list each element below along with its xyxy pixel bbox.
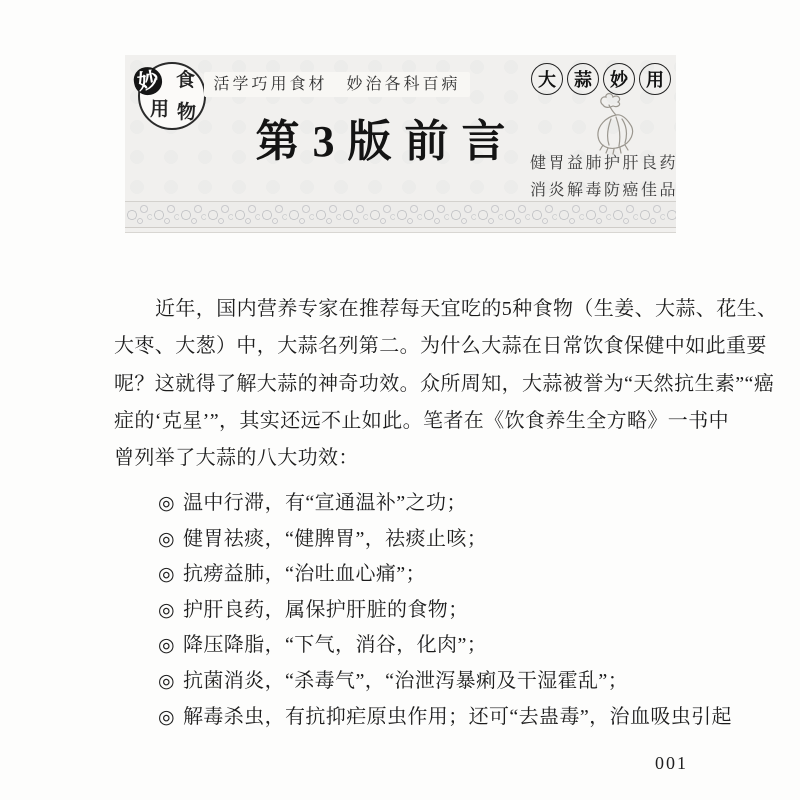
list-item-text: 健胃祛痰，“健脾胃”，祛痰止咳； xyxy=(183,528,487,550)
chapter-header-banner: 妙 食 用 物 活学巧用食材 妙治各科百病 大 蒜 妙 用 第3版前言 xyxy=(125,55,676,233)
book-page: 妙 食 用 物 活学巧用食材 妙治各科百病 大 蒜 妙 用 第3版前言 xyxy=(0,0,800,800)
list-item: ◎抗痨益肺，“治吐血心痛”； xyxy=(158,557,718,593)
list-item: ◎护肝良药，属保护肝脏的食物； xyxy=(158,593,718,629)
intro-paragraph: 近年，国内营养专家在推荐每天宜吃的5种食物（生姜、大蒜、花生、 大枣、大葱）中，… xyxy=(114,291,696,477)
book-title-badges: 大 蒜 妙 用 xyxy=(531,63,671,95)
logo-char-yong: 用 xyxy=(150,100,169,119)
paragraph-line: 曾列举了大蒜的八大功效： xyxy=(114,440,696,477)
bullseye-bullet-icon: ◎ xyxy=(158,600,175,621)
list-item: ◎降压降脂，“下气，消谷，化肉”； xyxy=(158,628,718,664)
badge-yong: 用 xyxy=(639,63,671,95)
garlic-efficacy-list: ◎温中行滞，有“宣通温补”之功； ◎健胃祛痰，“健脾胃”，祛痰止咳； ◎抗痨益肺… xyxy=(158,486,718,735)
decorative-scroll-band xyxy=(125,201,676,228)
badge-miao: 妙 xyxy=(603,63,635,95)
list-item: ◎温中行滞，有“宣通温补”之功； xyxy=(158,486,718,522)
list-item-text: 温中行滞，有“宣通温补”之功； xyxy=(183,492,467,514)
bullseye-bullet-icon: ◎ xyxy=(158,493,175,514)
benefit-line-1: 健胃益肺护肝良药 xyxy=(530,156,686,172)
bullseye-bullet-icon: ◎ xyxy=(158,635,175,656)
paragraph-line: 近年，国内营养专家在推荐每天宜吃的5种食物（生姜、大蒜、花生、 xyxy=(114,291,696,328)
page-number: 001 xyxy=(655,753,688,774)
series-logo: 妙 食 用 物 xyxy=(138,62,206,130)
list-item-text: 解毒杀虫，有抗抑疟原虫作用；还可“去蛊毒”，治血吸虫引起 xyxy=(183,706,732,728)
logo-char-wu: 物 xyxy=(177,103,196,122)
logo-char-shi: 食 xyxy=(176,71,195,90)
badge-suan: 蒜 xyxy=(567,63,599,95)
chapter-title: 第3版前言 xyxy=(197,116,577,169)
list-item: ◎健胃祛痰，“健脾胃”，祛痰止咳； xyxy=(158,522,718,558)
bullseye-bullet-icon: ◎ xyxy=(158,671,175,692)
list-item-text: 护肝良药，属保护肝脏的食物； xyxy=(183,599,469,621)
list-item-text: 抗菌消炎，“杀毒气”，“治泄泻暴痢及干湿霍乱”； xyxy=(183,670,628,692)
list-item: ◎解毒杀虫，有抗抑疟原虫作用；还可“去蛊毒”，治血吸虫引起 xyxy=(158,700,718,736)
paragraph-line: 呢？这就得了解大蒜的神奇功效。众所周知，大蒜被誉为“天然抗生素”“癌 xyxy=(114,366,696,403)
list-item: ◎抗菌消炎，“杀毒气”，“治泄泻暴痢及干湿霍乱”； xyxy=(158,664,718,700)
paragraph-line: 大枣、大葱）中，大蒜名列第二。为什么大蒜在日常饮食保健中如此重要 xyxy=(114,328,696,365)
badge-da: 大 xyxy=(531,63,563,95)
bullseye-bullet-icon: ◎ xyxy=(158,529,175,550)
garlic-illustration-icon xyxy=(573,93,655,159)
bullseye-bullet-icon: ◎ xyxy=(158,564,175,585)
benefit-line-2: 消炎解毒防癌佳品 xyxy=(530,183,686,199)
bullseye-bullet-icon: ◎ xyxy=(158,707,175,728)
series-tagline: 活学巧用食材 妙治各科百病 xyxy=(204,72,470,97)
paragraph-line: 症的‘克星’”，其实还远不止如此。笔者在《饮食养生全方略》一书中 xyxy=(114,403,696,440)
list-item-text: 抗痨益肺，“治吐血心痛”； xyxy=(183,563,426,585)
logo-char-miao: 妙 xyxy=(132,65,164,97)
list-item-text: 降压降脂，“下气，消谷，化肉”； xyxy=(183,634,487,656)
